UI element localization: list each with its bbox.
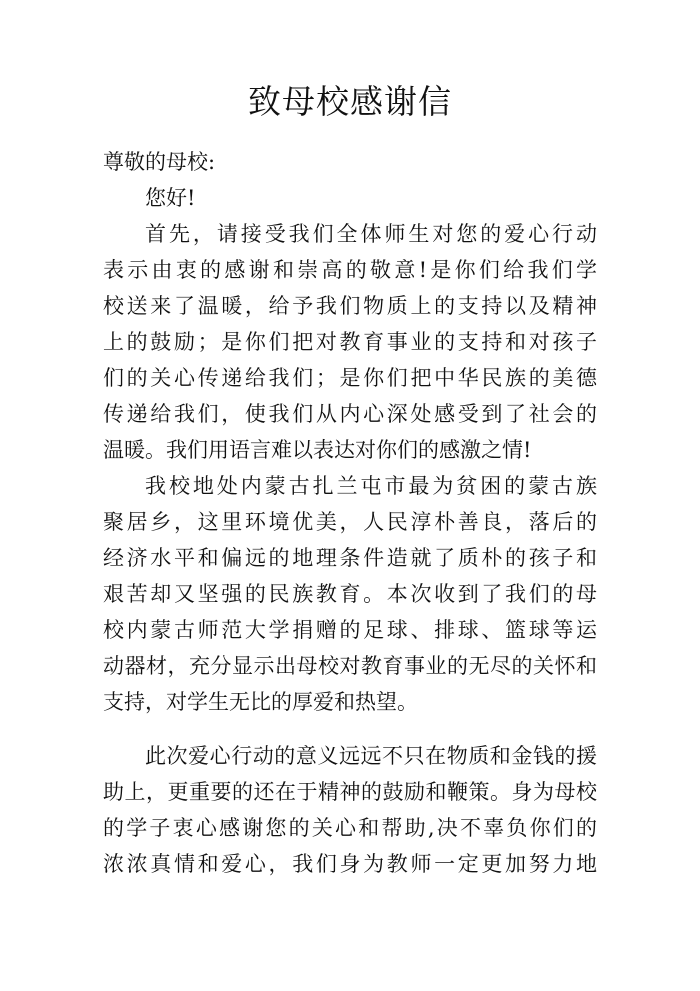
letter-line: 经济水平和偏远的地理条件造就了质朴的孩子和 (103, 540, 597, 576)
salutation: 尊敬的母校: (103, 144, 597, 180)
paragraph-2: 我校地处内蒙古扎兰屯市最为贫困的蒙古族 聚居乡，这里环境优美，人民淳朴善良，落后… (103, 468, 597, 720)
letter-line: 浓浓真情和爱心，我们身为教师一定更加努力地 (103, 846, 597, 882)
letter-line: 艰苦却又坚强的民族教育。本次收到了我们的母 (103, 576, 597, 612)
letter-line: 传递给我们，使我们从内心深处感受到了社会的 (103, 396, 597, 432)
letter-line: 的学子衷心感谢您的关心和帮助,决不辜负你们的 (103, 810, 597, 846)
paragraph-3: 此次爱心行动的意义远远不只在物质和金钱的援 助上，更重要的还在于精神的鼓励和鞭策… (103, 738, 597, 882)
letter-line: 首先，请接受我们全体师生对您的爱心行动 (103, 216, 597, 252)
letter-line: 助上，更重要的还在于精神的鼓励和鞭策。身为母校 (103, 774, 597, 810)
letter-line: 表示由衷的感谢和崇高的敬意!是你们给我们学 (103, 252, 597, 288)
letter-page: 致母校感谢信 尊敬的母校: 您好! 首先，请接受我们全体师生对您的爱心行动 表示… (0, 0, 700, 991)
letter-line: 聚居乡，这里环境优美，人民淳朴善良，落后的 (103, 504, 597, 540)
letter-line: 动器材，充分显示出母校对教育事业的无尽的关怀和 (103, 648, 597, 684)
document-title: 致母校感谢信 (103, 80, 597, 123)
letter-line: 们的关心传递给我们；是你们把中华民族的美德 (103, 360, 597, 396)
letter-line: 温暖。我们用语言难以表达对你们的感激之情! (103, 432, 597, 468)
letter-line: 支持，对学生无比的厚爱和热望。 (103, 684, 597, 720)
paragraph-1: 首先，请接受我们全体师生对您的爱心行动 表示由衷的感谢和崇高的敬意!是你们给我们… (103, 216, 597, 468)
letter-line: 上的鼓励；是你们把对教育事业的支持和对孩子 (103, 324, 597, 360)
letter-line: 我校地处内蒙古扎兰屯市最为贫困的蒙古族 (103, 468, 597, 504)
letter-line: 此次爱心行动的意义远远不只在物质和金钱的援 (103, 738, 597, 774)
letter-line: 校内蒙古师范大学捐赠的足球、排球、篮球等运 (103, 612, 597, 648)
letter-line: 校送来了温暖，给予我们物质上的支持以及精神 (103, 288, 597, 324)
greeting: 您好! (103, 180, 597, 216)
